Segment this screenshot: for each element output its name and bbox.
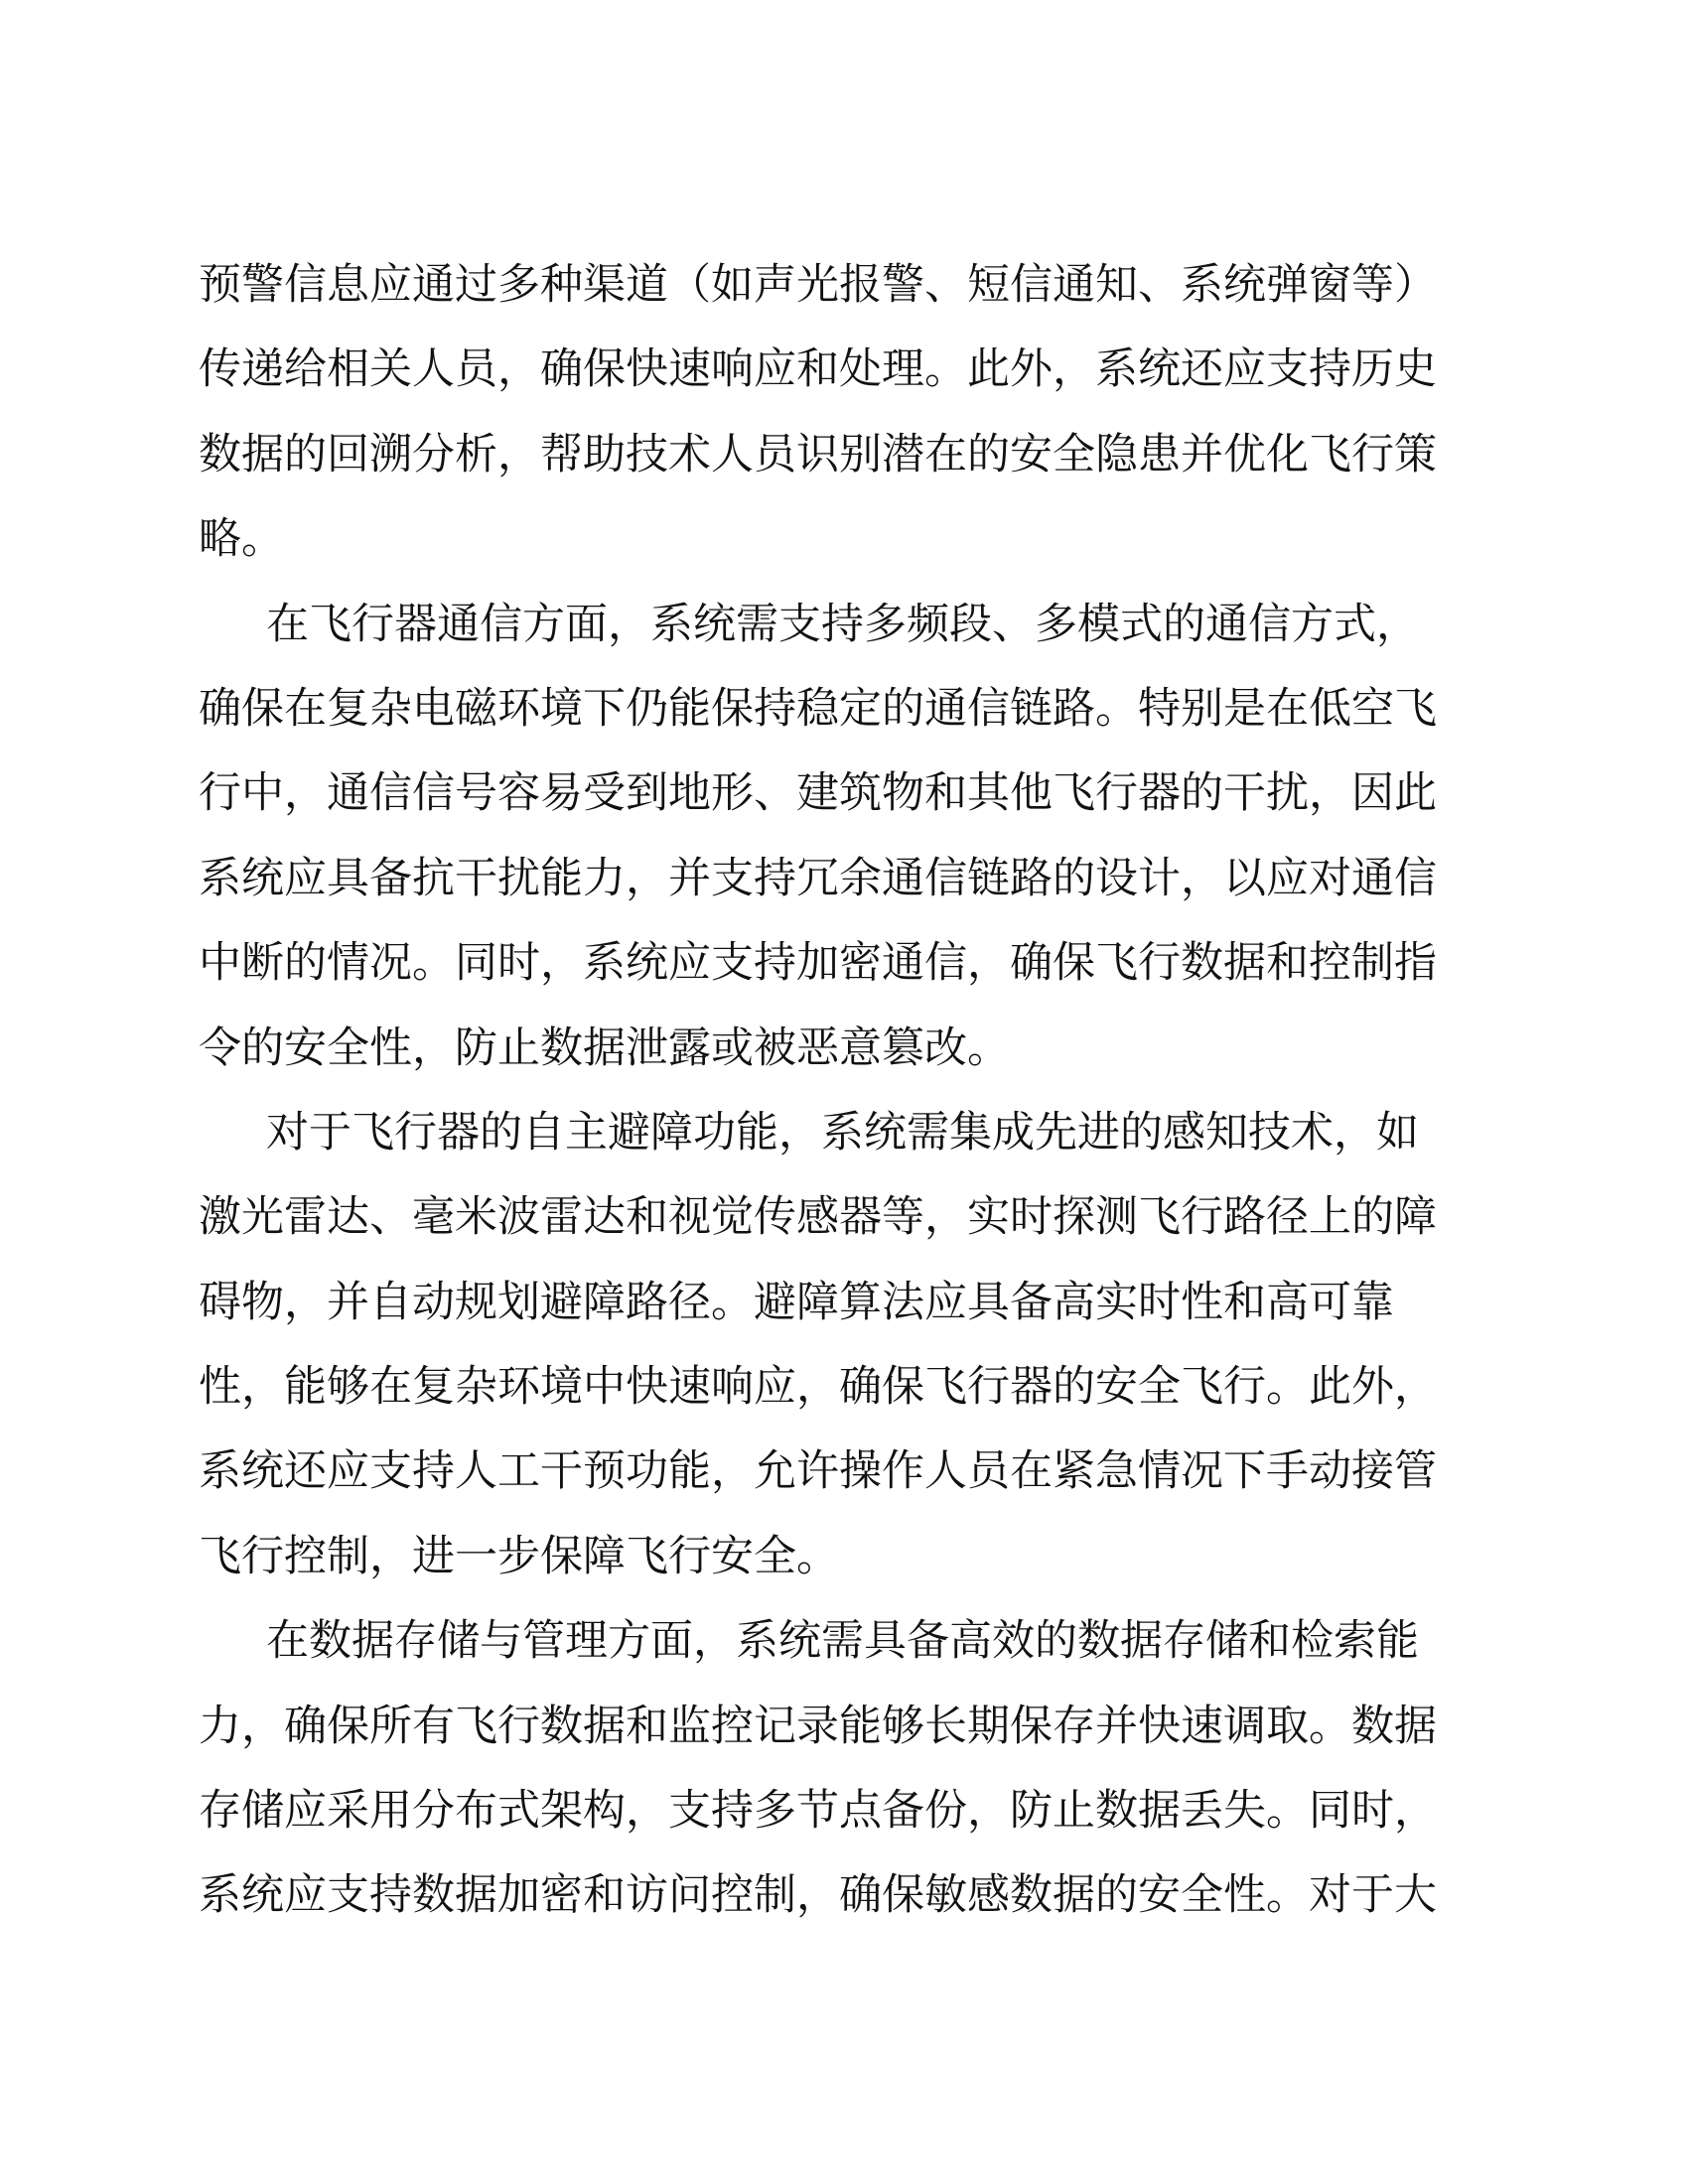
text-line: 令的安全性，防止数据泄露或被恶意篡改。 bbox=[199, 1007, 1479, 1091]
text-line: 略。 bbox=[199, 497, 1479, 582]
paragraph-communication: 在飞行器通信方面，系统需支持多频段、多模式的通信方式， 确保在复杂电磁环境下仍能… bbox=[199, 583, 1479, 1091]
text-line: 预警信息应通过多种渠道（如声光报警、短信通知、系统弹窗等） bbox=[199, 243, 1479, 328]
text-line: 碍物，并自动规划避障路径。避障算法应具备高实时性和高可靠 bbox=[199, 1261, 1479, 1345]
text-line: 中断的情况。同时，系统应支持加密通信，确保飞行数据和控制指 bbox=[199, 921, 1479, 1006]
text-line: 确保在复杂电磁环境下仍能保持稳定的通信链路。特别是在低空飞 bbox=[199, 667, 1479, 751]
text-line: 传递给相关人员，确保快速响应和处理。此外，系统还应支持历史 bbox=[199, 328, 1479, 412]
text-line: 在数据存储与管理方面，系统需具备高效的数据存储和检索能 bbox=[199, 1599, 1479, 1684]
text-line: 力，确保所有飞行数据和监控记录能够长期保存并快速调取。数据 bbox=[199, 1685, 1479, 1769]
document-page: 预警信息应通过多种渠道（如声光报警、短信通知、系统弹窗等） 传递给相关人员，确保… bbox=[0, 0, 1688, 2184]
text-line: 行中，通信信号容易受到地形、建筑物和其他飞行器的干扰，因此 bbox=[199, 751, 1479, 836]
paragraph-alert-channels: 预警信息应通过多种渠道（如声光报警、短信通知、系统弹窗等） 传递给相关人员，确保… bbox=[199, 243, 1479, 583]
body-text: 预警信息应通过多种渠道（如声光报警、短信通知、系统弹窗等） 传递给相关人员，确保… bbox=[199, 243, 1479, 1939]
text-line: 系统应支持数据加密和访问控制，确保敏感数据的安全性。对于大 bbox=[199, 1853, 1479, 1938]
text-line: 飞行控制，进一步保障飞行安全。 bbox=[199, 1515, 1479, 1599]
paragraph-obstacle-avoidance: 对于飞行器的自主避障功能，系统需集成先进的感知技术，如 激光雷达、毫米波雷达和视… bbox=[199, 1091, 1479, 1599]
text-line: 数据的回溯分析，帮助技术人员识别潜在的安全隐患并优化飞行策 bbox=[199, 413, 1479, 497]
text-line: 系统还应支持人工干预功能，允许操作人员在紧急情况下手动接管 bbox=[199, 1430, 1479, 1514]
text-line: 性，能够在复杂环境中快速响应，确保飞行器的安全飞行。此外， bbox=[199, 1345, 1479, 1430]
text-line: 对于飞行器的自主避障功能，系统需集成先进的感知技术，如 bbox=[199, 1091, 1479, 1175]
text-line: 存储应采用分布式架构，支持多节点备份，防止数据丢失。同时， bbox=[199, 1769, 1479, 1853]
paragraph-data-storage: 在数据存储与管理方面，系统需具备高效的数据存储和检索能 力，确保所有飞行数据和监… bbox=[199, 1599, 1479, 1939]
text-line: 系统应具备抗干扰能力，并支持冗余通信链路的设计，以应对通信 bbox=[199, 837, 1479, 921]
text-line: 激光雷达、毫米波雷达和视觉传感器等，实时探测飞行路径上的障 bbox=[199, 1175, 1479, 1260]
text-line: 在飞行器通信方面，系统需支持多频段、多模式的通信方式， bbox=[199, 583, 1479, 667]
